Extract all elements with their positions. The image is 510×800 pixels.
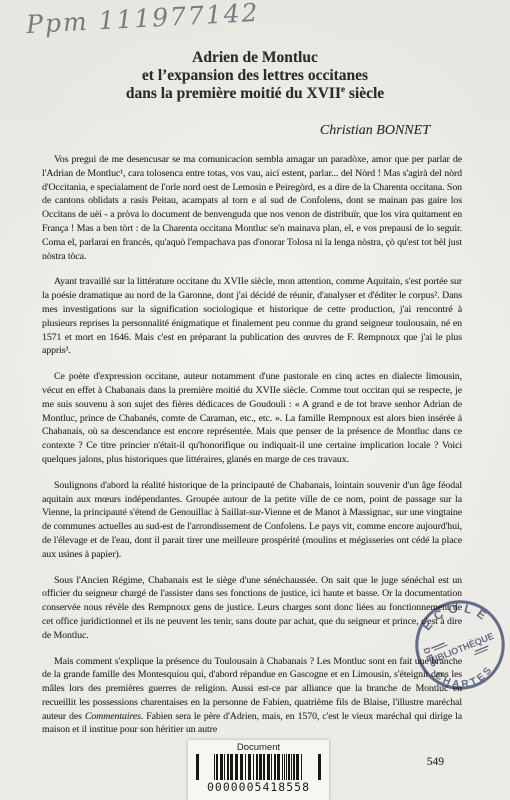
barcode-bars	[196, 754, 321, 780]
paragraph: Ayant travaillé sur la littérature occit…	[42, 275, 462, 358]
title-line-3-end: siècle	[345, 85, 384, 102]
scanned-page: Ppm 111977142 Adrien de Montluc et l’exp…	[0, 0, 510, 800]
title-line-3-text: dans la première moitié du XVII	[126, 85, 341, 102]
stamp-arc-top: ECOLE	[417, 596, 494, 634]
title-line-1: Adrien de Montluc	[0, 49, 510, 67]
article-body: Vos pregui de me desencusar se ma comuni…	[42, 153, 462, 737]
title-line-2: et l’expansion des lettres occitanes	[0, 67, 510, 85]
paragraph: Mais comment s'explique la présence du T…	[42, 655, 462, 738]
paragraph: Vos pregui de me desencusar se ma comuni…	[42, 153, 462, 263]
author-name: Christian BONNET	[320, 123, 430, 139]
paragraph: Ce poète d'expression occitane, auteur n…	[42, 370, 462, 467]
library-stamp: ECOLE CHARTES DES BIBLIOTHÈQUE	[406, 591, 510, 699]
title-line-3: dans la première moitié du XVIIe siècle	[0, 85, 510, 103]
article-title: Adrien de Montluc et l’expansion des let…	[0, 49, 510, 103]
barcode-title: Document	[188, 742, 329, 753]
barcode-label: Document 0000005418558	[188, 740, 329, 800]
barcode-number: 0000005418558	[188, 780, 329, 794]
paragraph: Sous l'Ancien Régime, Chabanais est le s…	[42, 574, 462, 643]
paragraph: Soulignons d'abord la réalité historique…	[42, 479, 462, 562]
stamp-arc-bottom: CHARTES	[431, 662, 498, 694]
stamp-rule-top	[431, 643, 444, 648]
handwritten-annotation: Ppm 111977142	[25, 0, 260, 39]
page-number: 549	[427, 756, 444, 768]
